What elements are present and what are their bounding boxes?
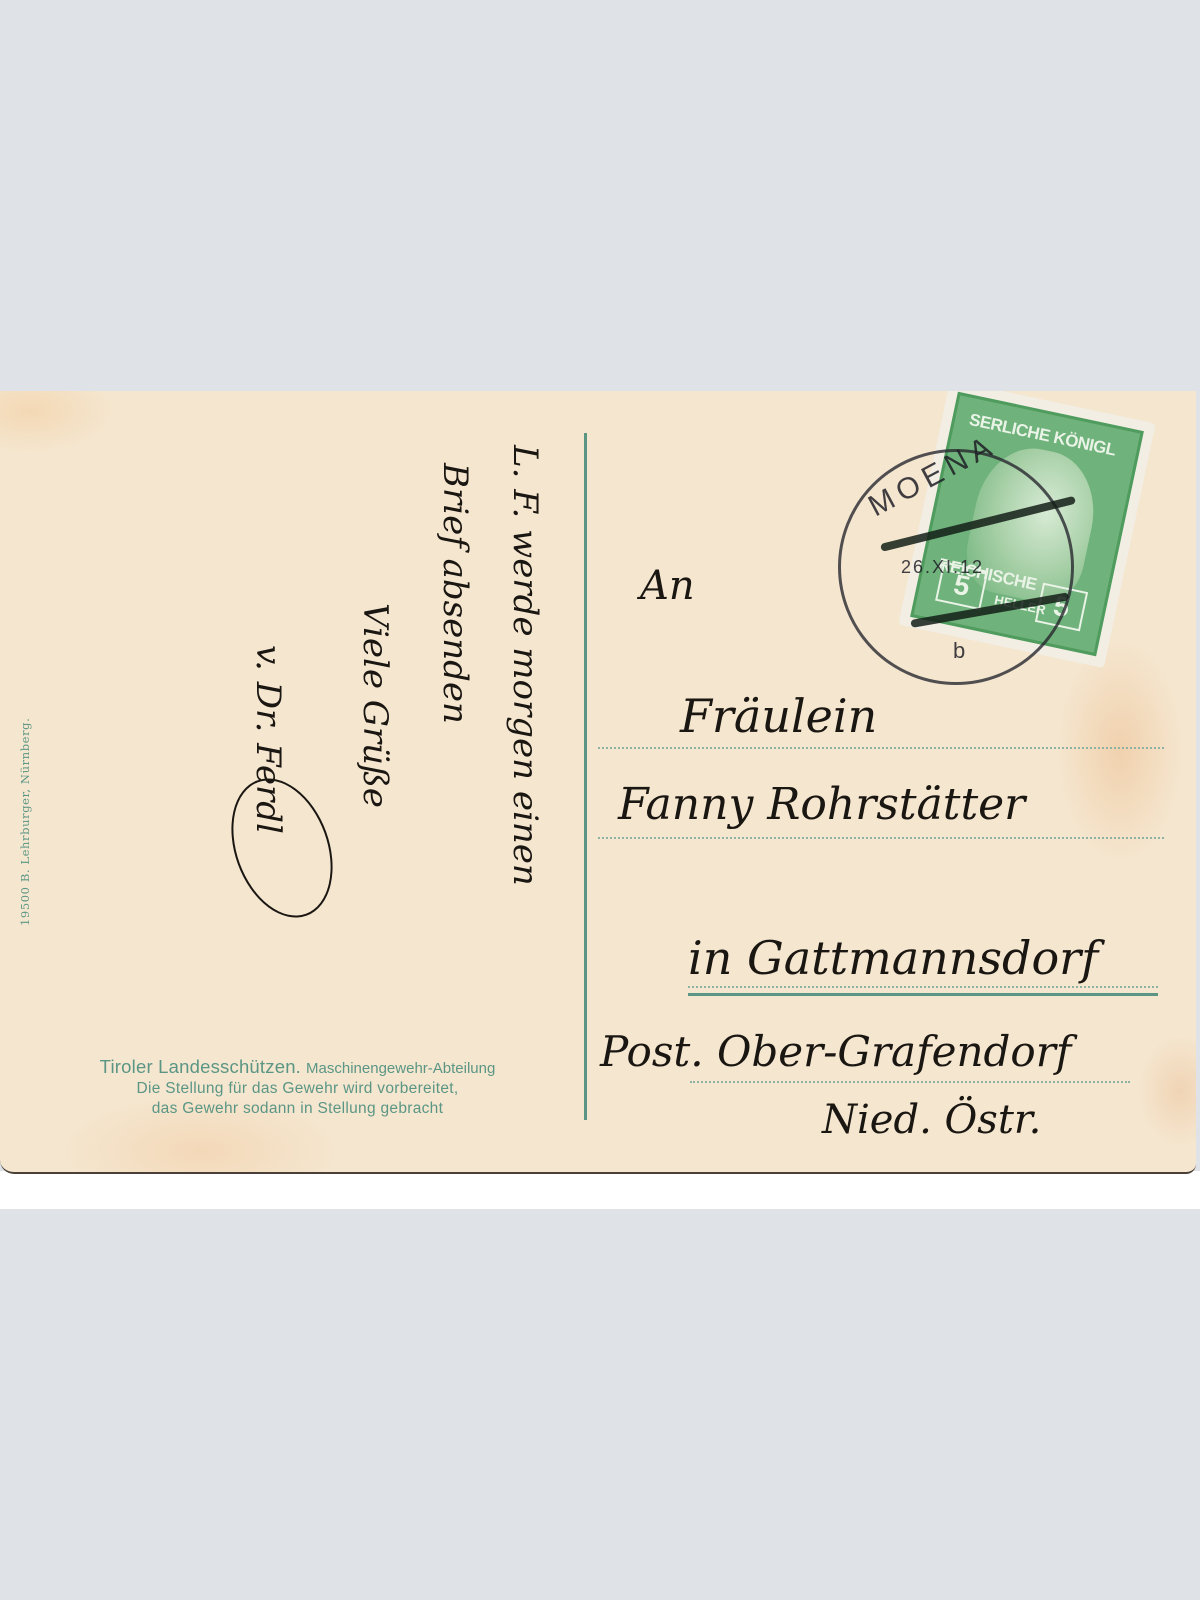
address-dotted-line [690,1081,1130,1083]
postmark-date: 26.XI.12 [901,557,984,578]
address-line: in Gattmannsdorf [688,931,1098,985]
caption-line: Die Stellung für das Gewehr wird vorbere… [20,1079,575,1099]
address-line: Fanny Rohrstätter [618,779,1025,830]
address-underline [688,993,1158,996]
address-salutation: An [640,563,695,609]
address-line: Fräulein [680,689,877,743]
caption-line: das Gewehr sodann in Stellung gebracht [20,1099,575,1119]
postmark-town: MOENA [863,428,1003,524]
publisher-imprint: 19500 B. Lehrburger, Nürnberg. [18,606,34,926]
message-line: L. F. werde morgen einen [505,445,545,886]
message-line: Viele Grüße [355,603,395,808]
postcard-back: 19500 B. Lehrburger, Nürnberg. L. F. wer… [0,391,1196,1174]
address-dotted-line [688,986,1158,988]
address-dotted-line [598,837,1164,839]
scan-background-strip [0,1171,1200,1209]
picture-caption: Tiroler Landesschützen. Maschinengewehr-… [20,1057,575,1119]
postmark-sub-letter: b [953,638,965,664]
handwritten-message: L. F. werde morgen einen Brief absenden … [230,445,560,1005]
address-line: Post. Ober-Grafendorf [600,1027,1071,1076]
postmark-cancellation: MOENA 26.XI.12 b [838,449,1074,685]
address-line: Nied. Östr. [822,1097,1041,1143]
message-line: Brief absenden [435,463,475,724]
caption-title: Tiroler Landesschützen. [100,1056,301,1077]
postmark-bar [910,592,1069,628]
message-address-divider [584,433,587,1120]
address-dotted-line [598,747,1164,749]
caption-subtitle: Maschinengewehr-Abteilung [306,1060,495,1077]
